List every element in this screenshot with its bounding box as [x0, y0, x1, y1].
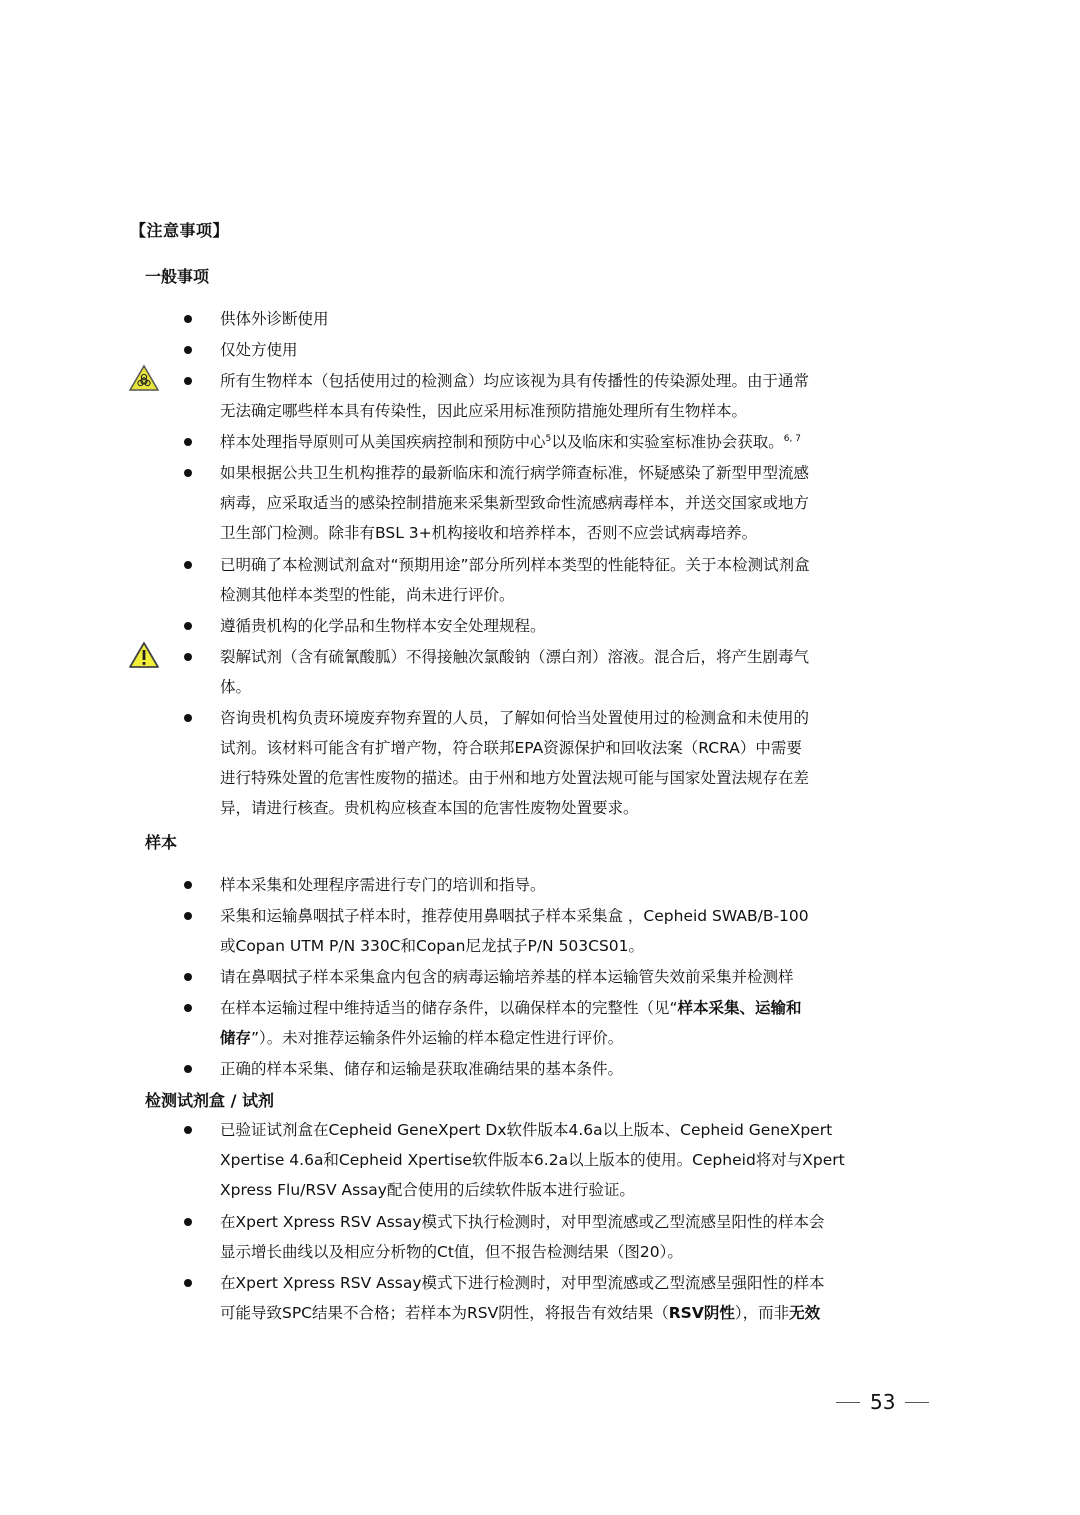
bullet — [184, 377, 192, 385]
bullet — [184, 653, 192, 661]
bullet — [184, 973, 192, 981]
biohazard-icon — [128, 364, 160, 392]
bullet — [184, 438, 192, 446]
bullet — [184, 1126, 192, 1134]
bullet — [184, 315, 192, 323]
bullet — [184, 561, 192, 569]
section-title: 【注意事项】 — [130, 218, 229, 241]
list-item: 样本采集和处理程序需进行专门的培训和指导。 — [220, 870, 936, 900]
subsection-title-specimen: 样本 — [145, 830, 177, 853]
list-item: 已明确了本检测试剂盒对“预期用途”部分所列样本类型的性能特征。关于本检测试剂盒 … — [220, 550, 936, 610]
bullet — [184, 881, 192, 889]
list-item: 正确的样本采集、储存和运输是获取准确结果的基本条件。 — [220, 1054, 936, 1084]
subsection-title-general: 一般事项 — [145, 264, 209, 287]
bullet — [184, 346, 192, 354]
bullet — [184, 622, 192, 630]
list-item: 裂解试剂（含有硫氰酸胍）不得接触次氯酸钠（漂白剂）溶液。混合后，将产生剧毒气 体… — [220, 642, 936, 702]
bullet — [184, 1065, 192, 1073]
list-item: 遵循贵机构的化学品和生物样本安全处理规程。 — [220, 611, 936, 641]
footer-dash-left — [836, 1402, 860, 1403]
list-item: 在Xpert Xpress RSV Assay模式下执行检测时，对甲型流感或乙型… — [220, 1207, 936, 1267]
warning-icon — [128, 641, 160, 669]
list-item: 仅处方使用 — [220, 335, 936, 365]
list-item: 采集和运输鼻咽拭子样本时，推荐使用鼻咽拭子样本采集盒 ，Cepheid SWAB… — [220, 901, 936, 961]
subsection-title-kit-reagents: 检测试剂盒 / 试剂 — [145, 1088, 274, 1111]
bullet — [184, 1004, 192, 1012]
list-item: 所有生物样本（包括使用过的检测盒）均应该视为具有传播性的传染源处理。由于通常 无… — [220, 366, 936, 426]
page-footer: 53 — [836, 1390, 929, 1414]
page-number: 53 — [870, 1390, 895, 1414]
list-item: 请在鼻咽拭子样本采集盒内包含的病毒运输培养基的样本运输管失效前采集并检测样 — [220, 962, 936, 992]
footer-dash-right — [905, 1402, 929, 1403]
bullet — [184, 1218, 192, 1226]
list-item: 在样本运输过程中维持适当的储存条件，以确保样本的完整性（见“样本采集、运输和 储… — [220, 993, 936, 1053]
bullet — [184, 714, 192, 722]
list-item: 已验证试剂盒在Cepheid GeneXpert Dx软件版本4.6a以上版本、… — [220, 1115, 936, 1205]
list-item: 在Xpert Xpress RSV Assay模式下进行检测时，对甲型流感或乙型… — [220, 1268, 936, 1328]
list-item: 咨询贵机构负责环境废弃物弃置的人员，了解如何恰当处置使用过的检测盒和未使用的 试… — [220, 703, 936, 823]
bullet — [184, 1279, 192, 1287]
document-page: 【注意事项】 一般事项 供体外诊断使用 仅处方使用 所有生物样本（包括使用过的检… — [0, 0, 1080, 1515]
list-item: 样本处理指导原则可从美国疾病控制和预防中心5以及临床和实验室标准协会获取。6, … — [220, 427, 936, 457]
list-item: 如果根据公共卫生机构推荐的最新临床和流行病学筛查标准，怀疑感染了新型甲型流感 病… — [220, 458, 936, 548]
bullet — [184, 912, 192, 920]
bullet — [184, 469, 192, 477]
list-item: 供体外诊断使用 — [220, 304, 936, 334]
